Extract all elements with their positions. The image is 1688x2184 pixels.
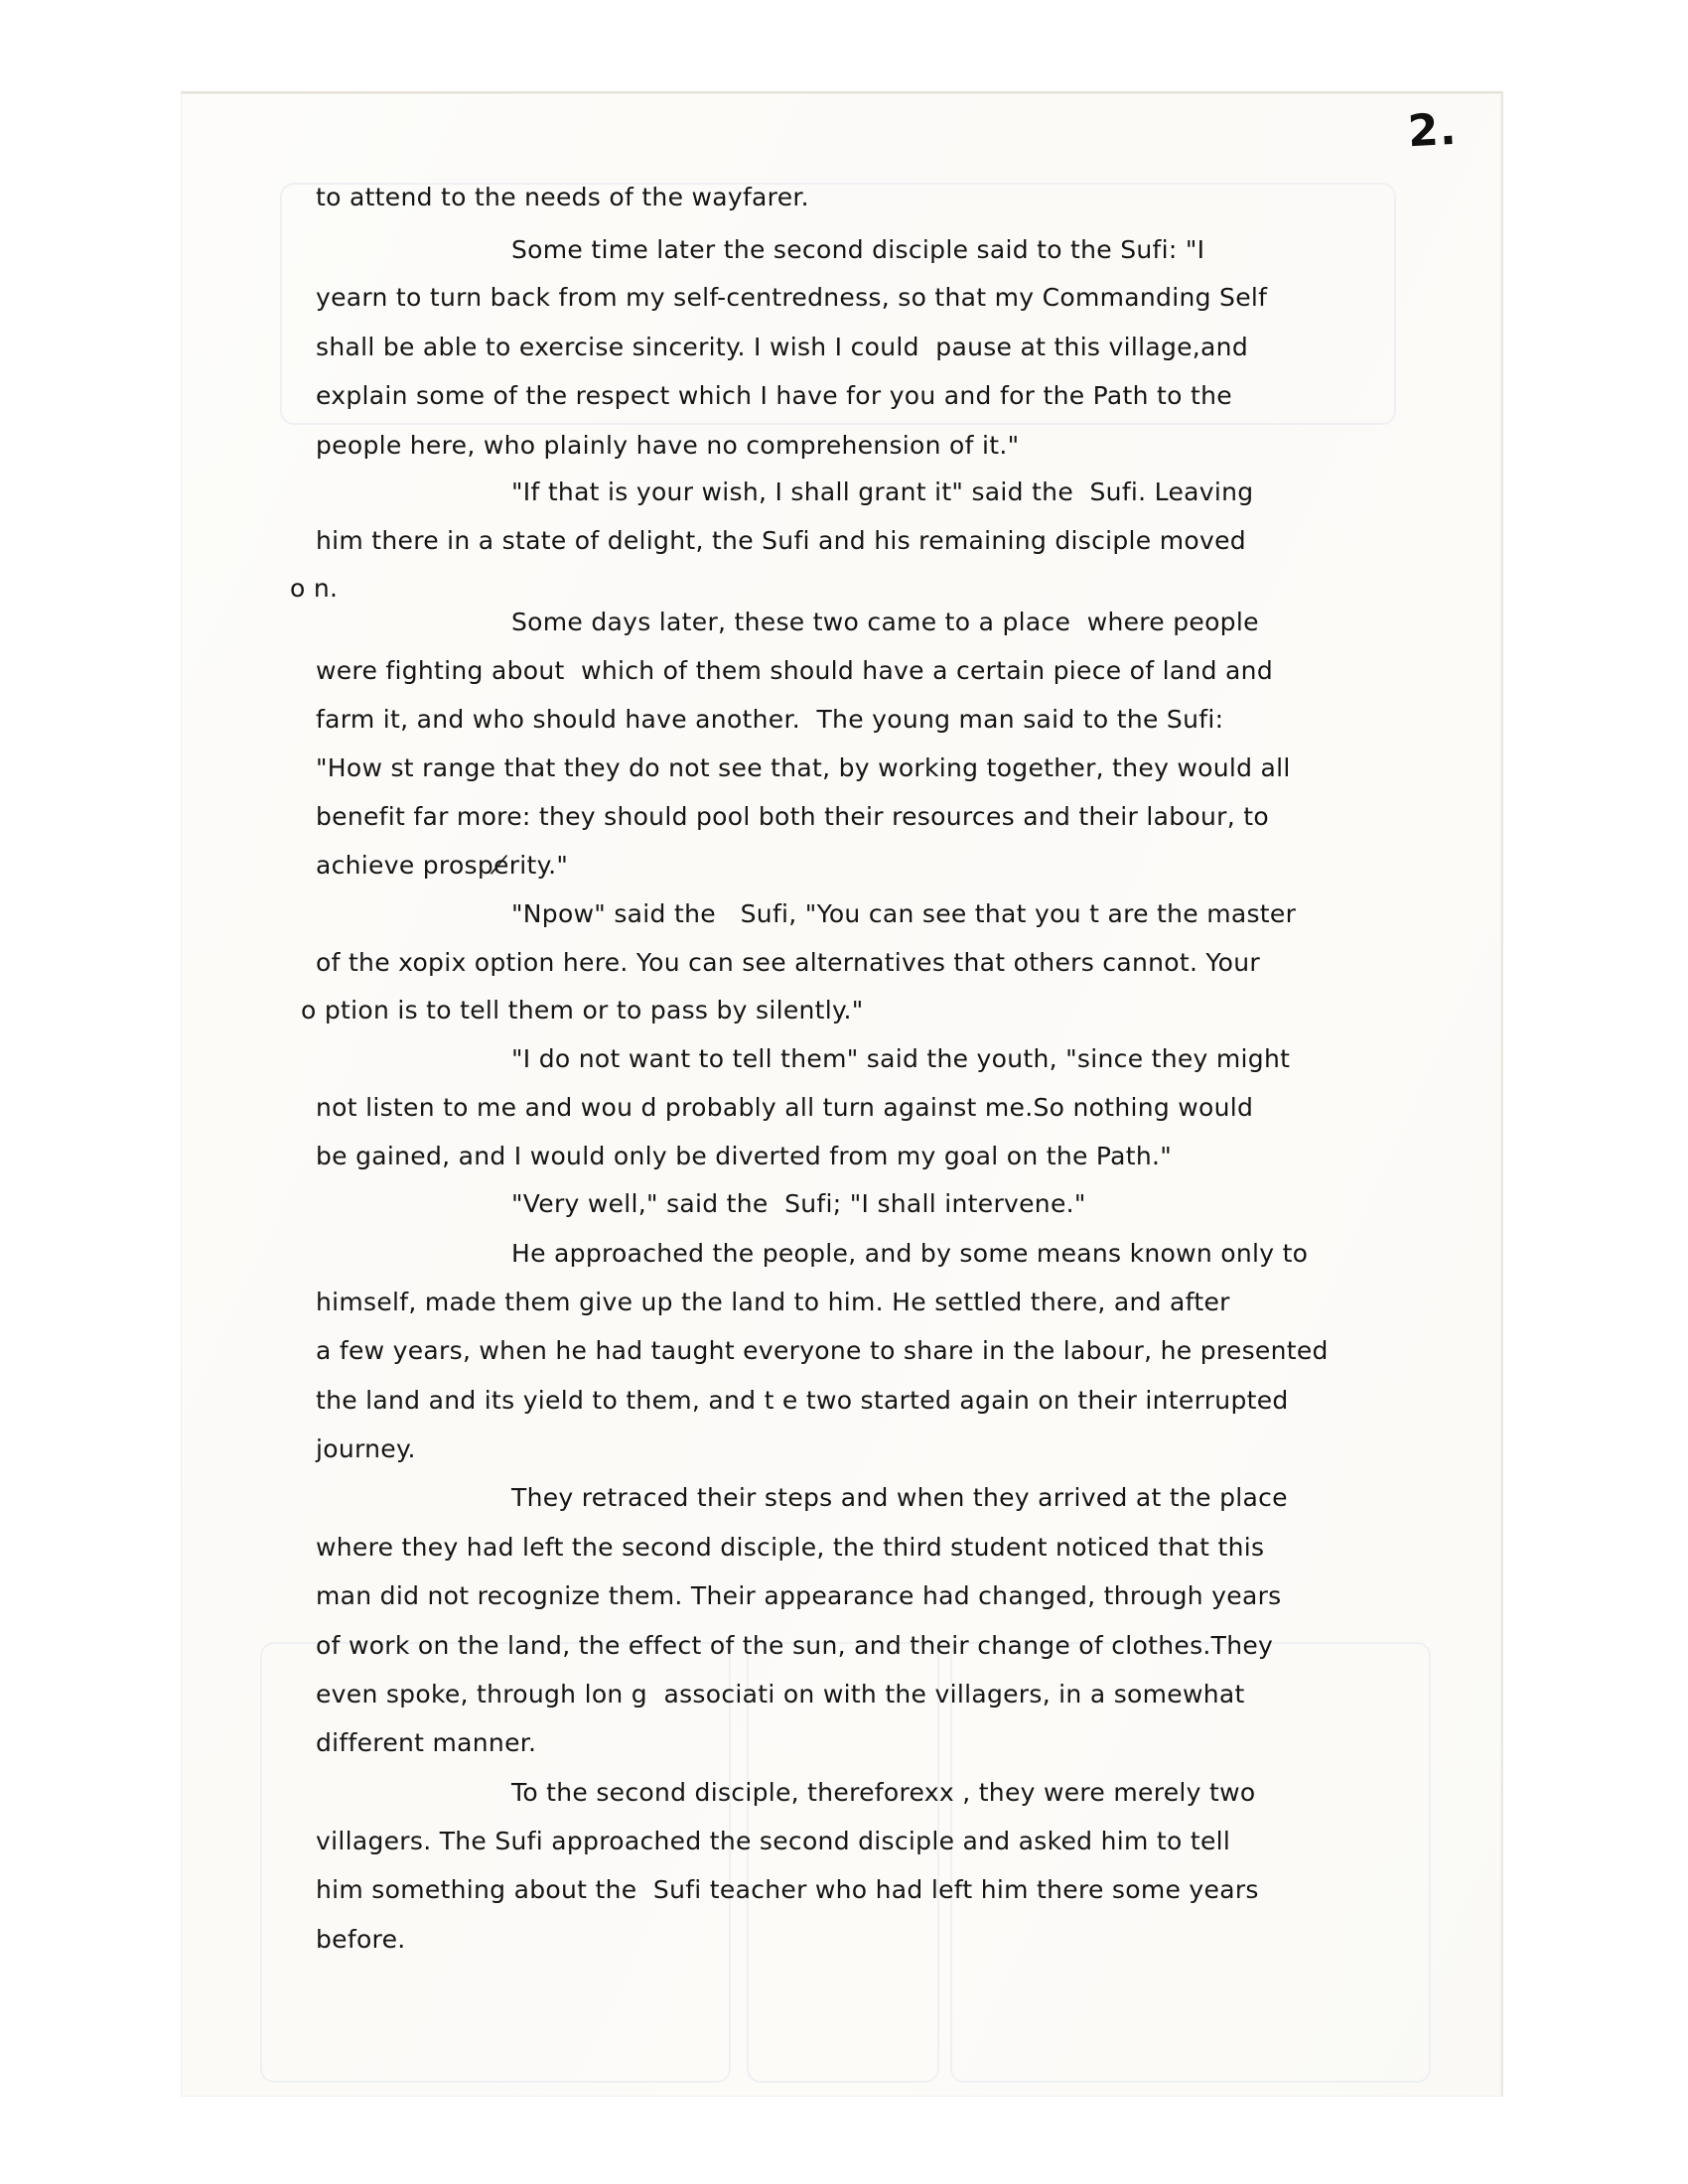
text-line: o ption is to tell them or to pass by si… <box>301 996 864 1024</box>
text-line: achieve prospe̸rity." <box>316 851 568 880</box>
text-line: to attend to the needs of the wayfarer. <box>316 183 809 211</box>
text-line: "I do not want to tell them" said the yo… <box>511 1044 1290 1073</box>
text-line: To the second disciple, thereforexx , th… <box>511 1778 1255 1807</box>
text-line: were fighting about which of them should… <box>316 656 1273 685</box>
text-line: himself, made them give up the land to h… <box>316 1288 1230 1316</box>
text-line: Some time later the second disciple said… <box>511 235 1204 264</box>
text-line: He approached the people, and by some me… <box>511 1239 1308 1268</box>
text-line: man did not recognize them. Their appear… <box>316 1581 1281 1610</box>
text-line: him there in a state of delight, the Suf… <box>316 526 1246 555</box>
text-line: "Npow" said the Sufi, "You can see that … <box>511 899 1296 928</box>
text-line: of work on the land, the effect of the s… <box>316 1631 1273 1660</box>
text-line: a few years, when he had taught everyone… <box>316 1336 1329 1365</box>
text-line: not listen to me and wou d probably all … <box>316 1093 1253 1122</box>
text-line: Some days later, these two came to a pla… <box>511 608 1259 636</box>
text-line: o n. <box>290 574 338 603</box>
text-line: journey. <box>316 1434 416 1463</box>
text-line: explain some of the respect which I have… <box>316 381 1232 410</box>
page-number: 2. <box>1407 104 1459 158</box>
text-line: "Very well," said the Sufi; "I shall int… <box>511 1189 1086 1218</box>
text-line: They retraced their steps and when they … <box>511 1483 1288 1512</box>
text-line: him something about the Sufi teacher who… <box>316 1875 1259 1904</box>
text-line: benefit far more: they should pool both … <box>316 802 1269 831</box>
text-line: "How st range that they do not see that,… <box>316 753 1291 782</box>
text-line: "If that is your wish, I shall grant it"… <box>511 478 1253 506</box>
text-line: the land and its yield to them, and t e … <box>316 1386 1289 1415</box>
text-line: of the xopix option here. You can see al… <box>316 948 1260 977</box>
text-line: different manner. <box>316 1728 536 1757</box>
text-line: people here, who plainly have no compreh… <box>316 431 1019 460</box>
text-line: shall be able to exercise sincerity. I w… <box>316 333 1248 361</box>
text-line: be gained, and I would only be diverted … <box>316 1142 1172 1170</box>
text-line: before. <box>316 1925 406 1954</box>
text-line: where they had left the second disciple,… <box>316 1533 1264 1562</box>
text-line: villagers. The Sufi approached the secon… <box>316 1827 1230 1855</box>
text-line: even spoke, through lon g associati on w… <box>316 1680 1245 1708</box>
text-line: yearn to turn back from my self-centredn… <box>316 283 1267 312</box>
text-line: farm it, and who should have another. Th… <box>316 705 1223 734</box>
